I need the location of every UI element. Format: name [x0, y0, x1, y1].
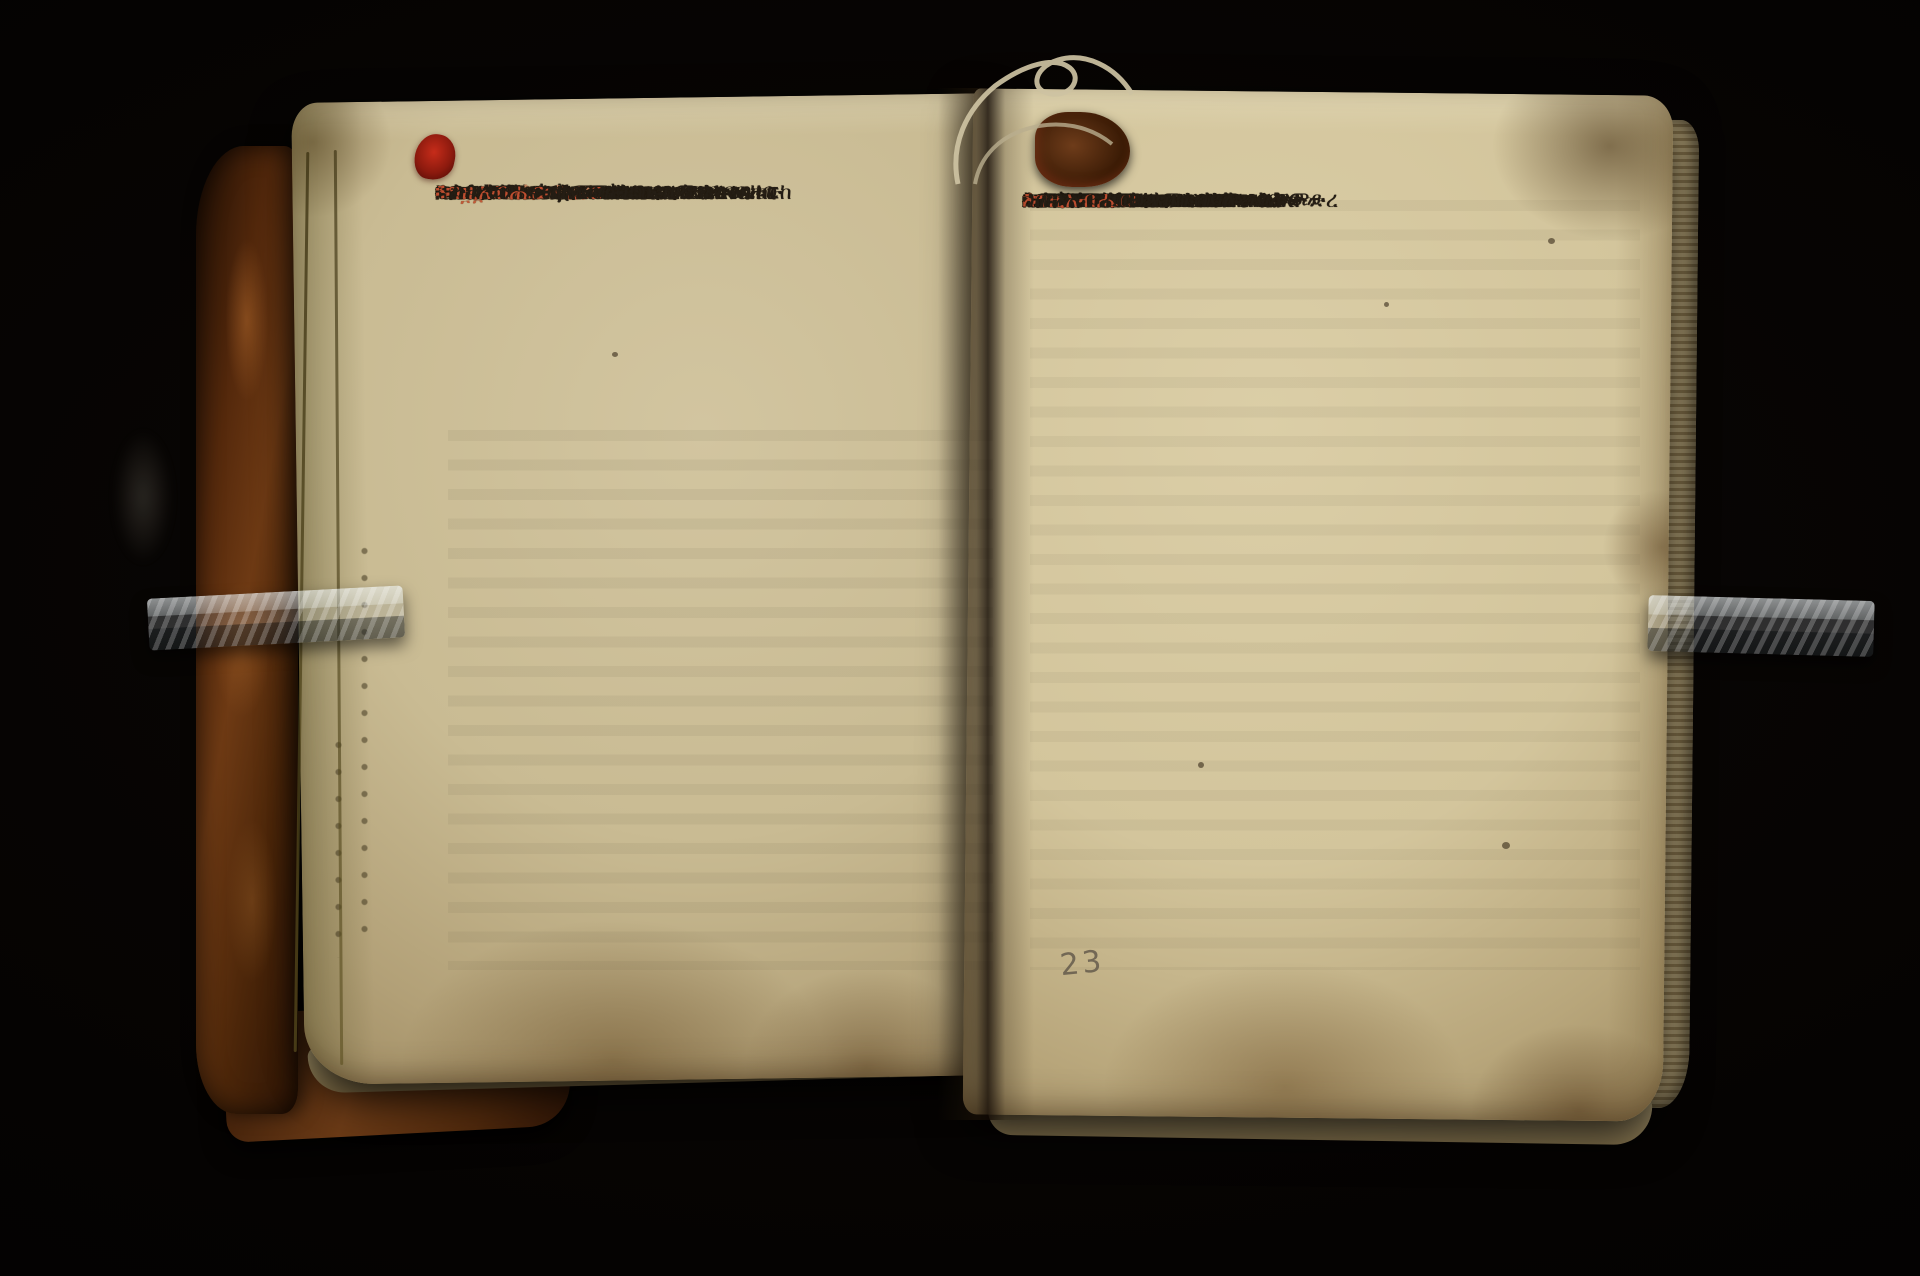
folio-number: 23 — [1058, 944, 1106, 983]
bookmark-thread-icon — [880, 16, 1150, 186]
body-text: ኀበ፡እለ፡ይፈርህዎ — [1022, 186, 1161, 216]
body-text: ጽድቀ፡ወምጽዋተ — [435, 178, 572, 208]
ink-spot — [612, 352, 618, 357]
manuscript-photo: ኀጢአትየ፡ነገርኩ፡ወአበሳየ፡ኢኀባዕኩ፨(ቅዩ፨ወእቤ፡አስተዋዲ፡ርእስ… — [0, 0, 1920, 1276]
ink-spot — [1384, 302, 1389, 307]
glass-page-weight-right — [1647, 595, 1874, 657]
bleedthrough-text-right — [1030, 200, 1640, 970]
rubric-text: ፨ — [435, 178, 451, 208]
ink-spot — [1548, 238, 1555, 244]
shadow-hand — [104, 408, 182, 586]
ink-spot — [1198, 762, 1204, 768]
ink-spot — [1502, 842, 1510, 849]
bleedthrough-text-left — [448, 430, 993, 970]
